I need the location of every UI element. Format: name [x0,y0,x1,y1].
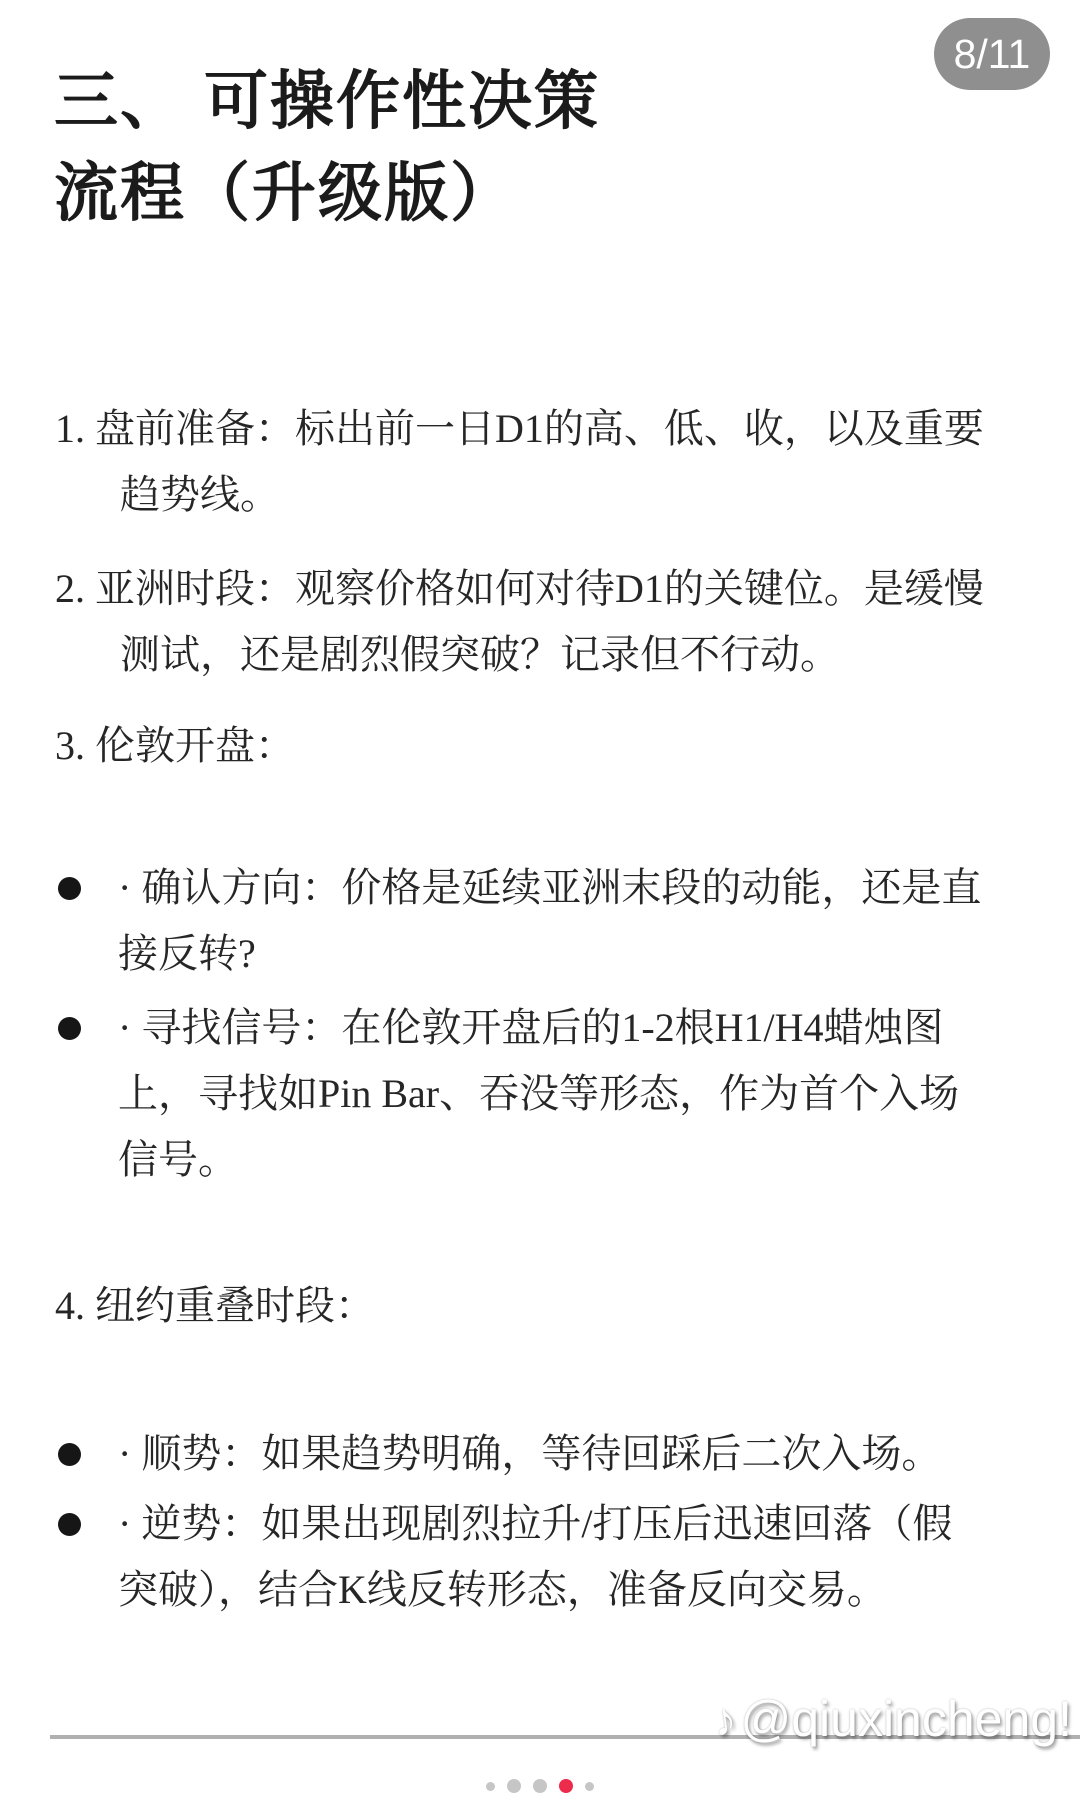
bullet-text: · 逆势：如果出现剧烈拉升/打压后迅速回落（假 突破），结合K线反转形态，准备反… [118,1491,1058,1623]
bullet-item-find-signal: · 寻找信号：在伦敦开盘后的1-2根H1/H4蜡烛图 上，寻找如Pin Bar、… [58,995,1058,1193]
numbered-item-3: 3. 伦敦开盘： [120,713,1060,779]
page-title: 三、 可操作性决策流程（升级版） [54,56,1014,240]
bullet-marker-icon [58,1513,81,1536]
bullet-text: · 寻找信号：在伦敦开盘后的1-2根H1/H4蜡烛图 上，寻找如Pin Bar、… [118,995,1058,1193]
bullet-text: · 确认方向：价格是延续亚洲末段的动能，还是直 接反转? [118,855,1058,987]
pagination-dot [507,1779,521,1793]
bullet-item-confirm-direction: · 确认方向：价格是延续亚洲末段的动能，还是直 接反转? [58,855,1058,987]
bullet-item-counter-trend: · 逆势：如果出现剧烈拉升/打压后迅速回落（假 突破），结合K线反转形态，准备反… [58,1491,1058,1623]
pagination-dot-active [559,1779,573,1793]
page-title-line2: 流程（升级版） [54,158,516,229]
watermark-text: @qiuxincheng! [740,1690,1072,1748]
pagination-dot [486,1782,495,1791]
bullet-item-trend-follow: · 顺势：如果趋势明确，等待回踩后二次入场。 [58,1421,1058,1487]
pagination-dots [486,1779,594,1793]
bullet-marker-icon [58,1017,81,1040]
page-title-line1: 三、 可操作性决策 [54,66,600,137]
bullet-marker-icon [58,1443,81,1466]
bullet-marker-icon [58,877,81,900]
numbered-item-4: 4. 纽约重叠时段： [120,1273,1060,1339]
music-note-icon: ♪ [710,1691,740,1748]
bullet-text: · 顺势：如果趋势明确，等待回踩后二次入场。 [118,1421,1058,1487]
pagination-dot [533,1779,547,1793]
numbered-item-1: 1. 盘前准备：标出前一日D1的高、低、收，以及重要 趋势线。 [120,396,1060,528]
numbered-item-2: 2. 亚洲时段：观察价格如何对待D1的关键位。是缓慢 测试，还是剧烈假突破？记录… [120,556,1060,688]
watermark: ♪ @qiuxincheng! [713,1690,1072,1748]
pagination-dot [585,1782,594,1791]
